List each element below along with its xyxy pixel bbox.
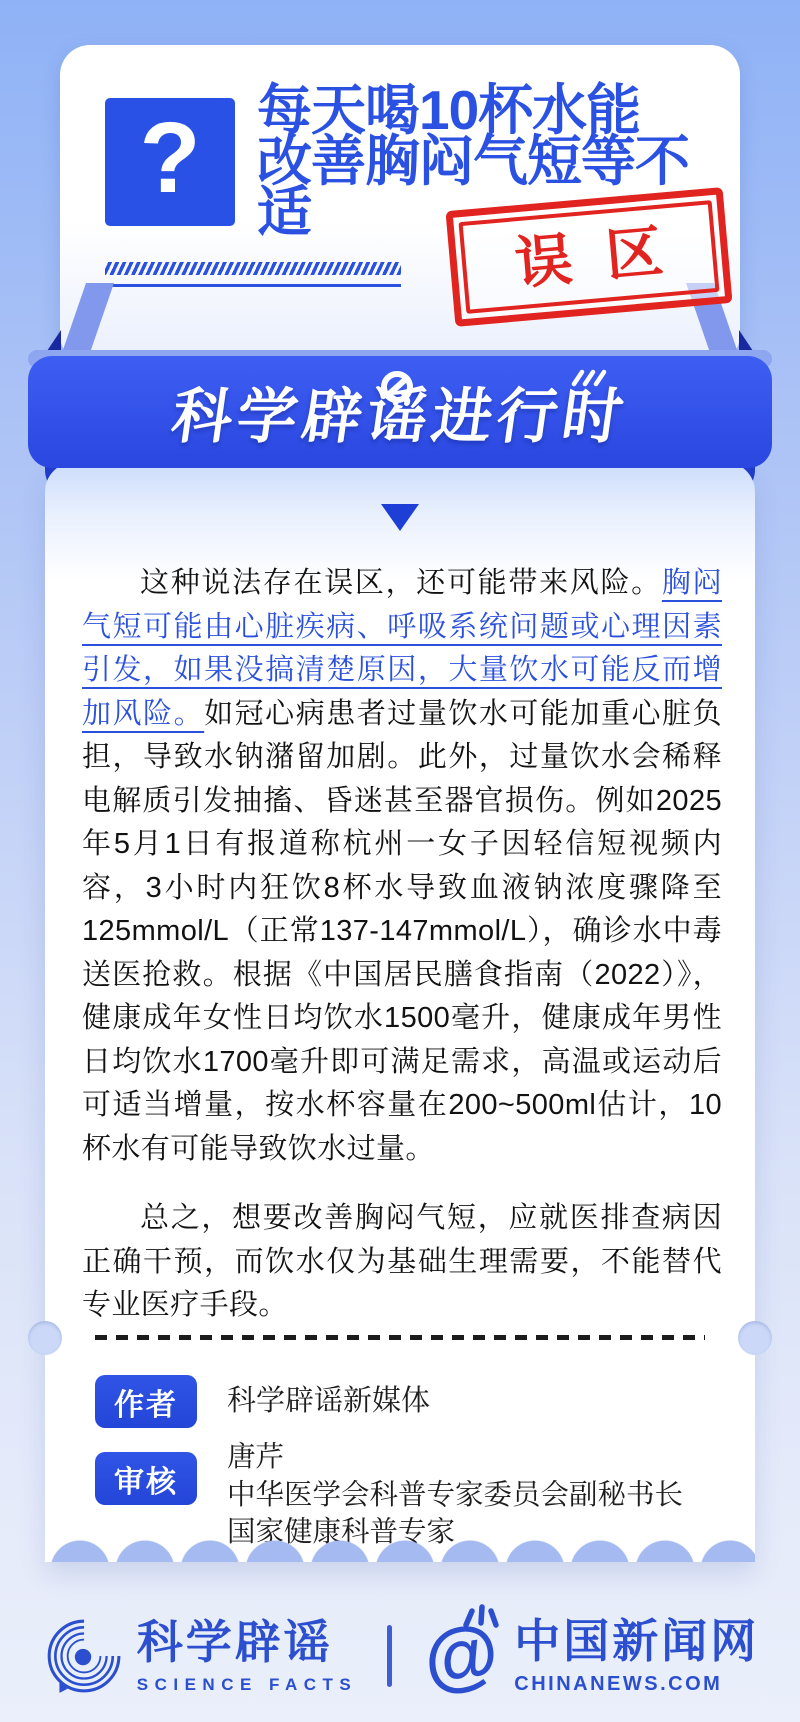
- banner: 科学辟谣进行时: [28, 356, 772, 468]
- reviewer-row: 审核 唐芹 中华医学会科普专家委员会副秘书长 国家健康科普专家: [95, 1438, 715, 1552]
- down-triangle-icon: [381, 504, 419, 531]
- article-card: 这种说法存在误区，还可能带来风险。胸闷气短可能由心脏疾病、呼吸系统问题或心理因素…: [45, 462, 755, 1562]
- solid-divider: [105, 284, 401, 287]
- chinanews-at-icon: @: [422, 1611, 500, 1701]
- reviewer-name: 唐芹: [227, 1439, 683, 1477]
- title-line-2: 改善胸闷气短等不: [257, 136, 735, 187]
- speed-lines-icon: [568, 366, 608, 388]
- science-facts-subtitle: SCIENCE FACTS: [137, 1675, 358, 1695]
- poster-page: ? 每天喝10杯水能 改善胸闷气短等不 适 误区 科学辟谣进行时: [0, 0, 800, 1722]
- science-facts-logo: 科学辟谣 SCIENCE FACTS: [41, 1615, 358, 1697]
- ticket-notch-right: [738, 1321, 772, 1355]
- misconception-stamp: 误区: [445, 187, 732, 327]
- question-mark-glyph: ?: [139, 108, 200, 208]
- sparks-icon: [460, 1603, 504, 1629]
- title-line-1: 每天喝10杯水能: [257, 85, 735, 136]
- chinanews-logo: @ 中国新闻网 CHINANEWS.COM: [422, 1611, 759, 1701]
- reviewer-info: 唐芹 中华医学会科普专家委员会副秘书长 国家健康科普专家: [227, 1438, 683, 1552]
- paragraph-1: 这种说法存在误区，还可能带来风险。胸闷气短可能由心脏疾病、呼吸系统问题或心理因素…: [82, 562, 722, 1171]
- author-name: 科学辟谣新媒体: [227, 1375, 430, 1428]
- dashed-divider: [95, 1335, 705, 1340]
- chinanews-subtitle: CHINANEWS.COM: [514, 1673, 759, 1696]
- paragraph-1-lead: 这种说法存在误区，还可能带来风险。: [140, 567, 662, 599]
- chinanews-name: 中国新闻网: [514, 1616, 759, 1667]
- author-row: 作者 科学辟谣新媒体: [95, 1375, 715, 1428]
- stamp-label: 误区: [479, 219, 699, 295]
- question-mark-icon: ?: [105, 98, 235, 226]
- prohibition-icon: [380, 370, 414, 404]
- reviewer-badge: 审核: [95, 1452, 197, 1505]
- scalloped-edge: [45, 1536, 755, 1562]
- science-facts-name: 科学辟谣: [137, 1617, 358, 1668]
- ticket-notch-left: [28, 1321, 62, 1355]
- hatched-divider: [105, 262, 401, 275]
- footer-divider: [387, 1625, 392, 1687]
- reviewer-title-1: 中华医学会科普专家委员会副秘书长: [227, 1477, 683, 1515]
- paragraph-2: 总之，想要改善胸闷气短，应就医排查病因正确干预，而饮水仅为基础生理需要，不能替代…: [82, 1197, 722, 1328]
- paragraph-1-rest: 如冠心病患者过量饮水可能加重心脏负担，导致水钠潴留加剧。此外，过量饮水会稀释电解…: [82, 698, 722, 1165]
- stamp-inner-border: 误区: [458, 200, 719, 314]
- science-facts-logo-icon: [41, 1615, 123, 1697]
- footer: 科学辟谣 SCIENCE FACTS @ 中国新闻网 CHINANEWS.COM: [0, 1596, 800, 1716]
- author-badge: 作者: [95, 1375, 197, 1428]
